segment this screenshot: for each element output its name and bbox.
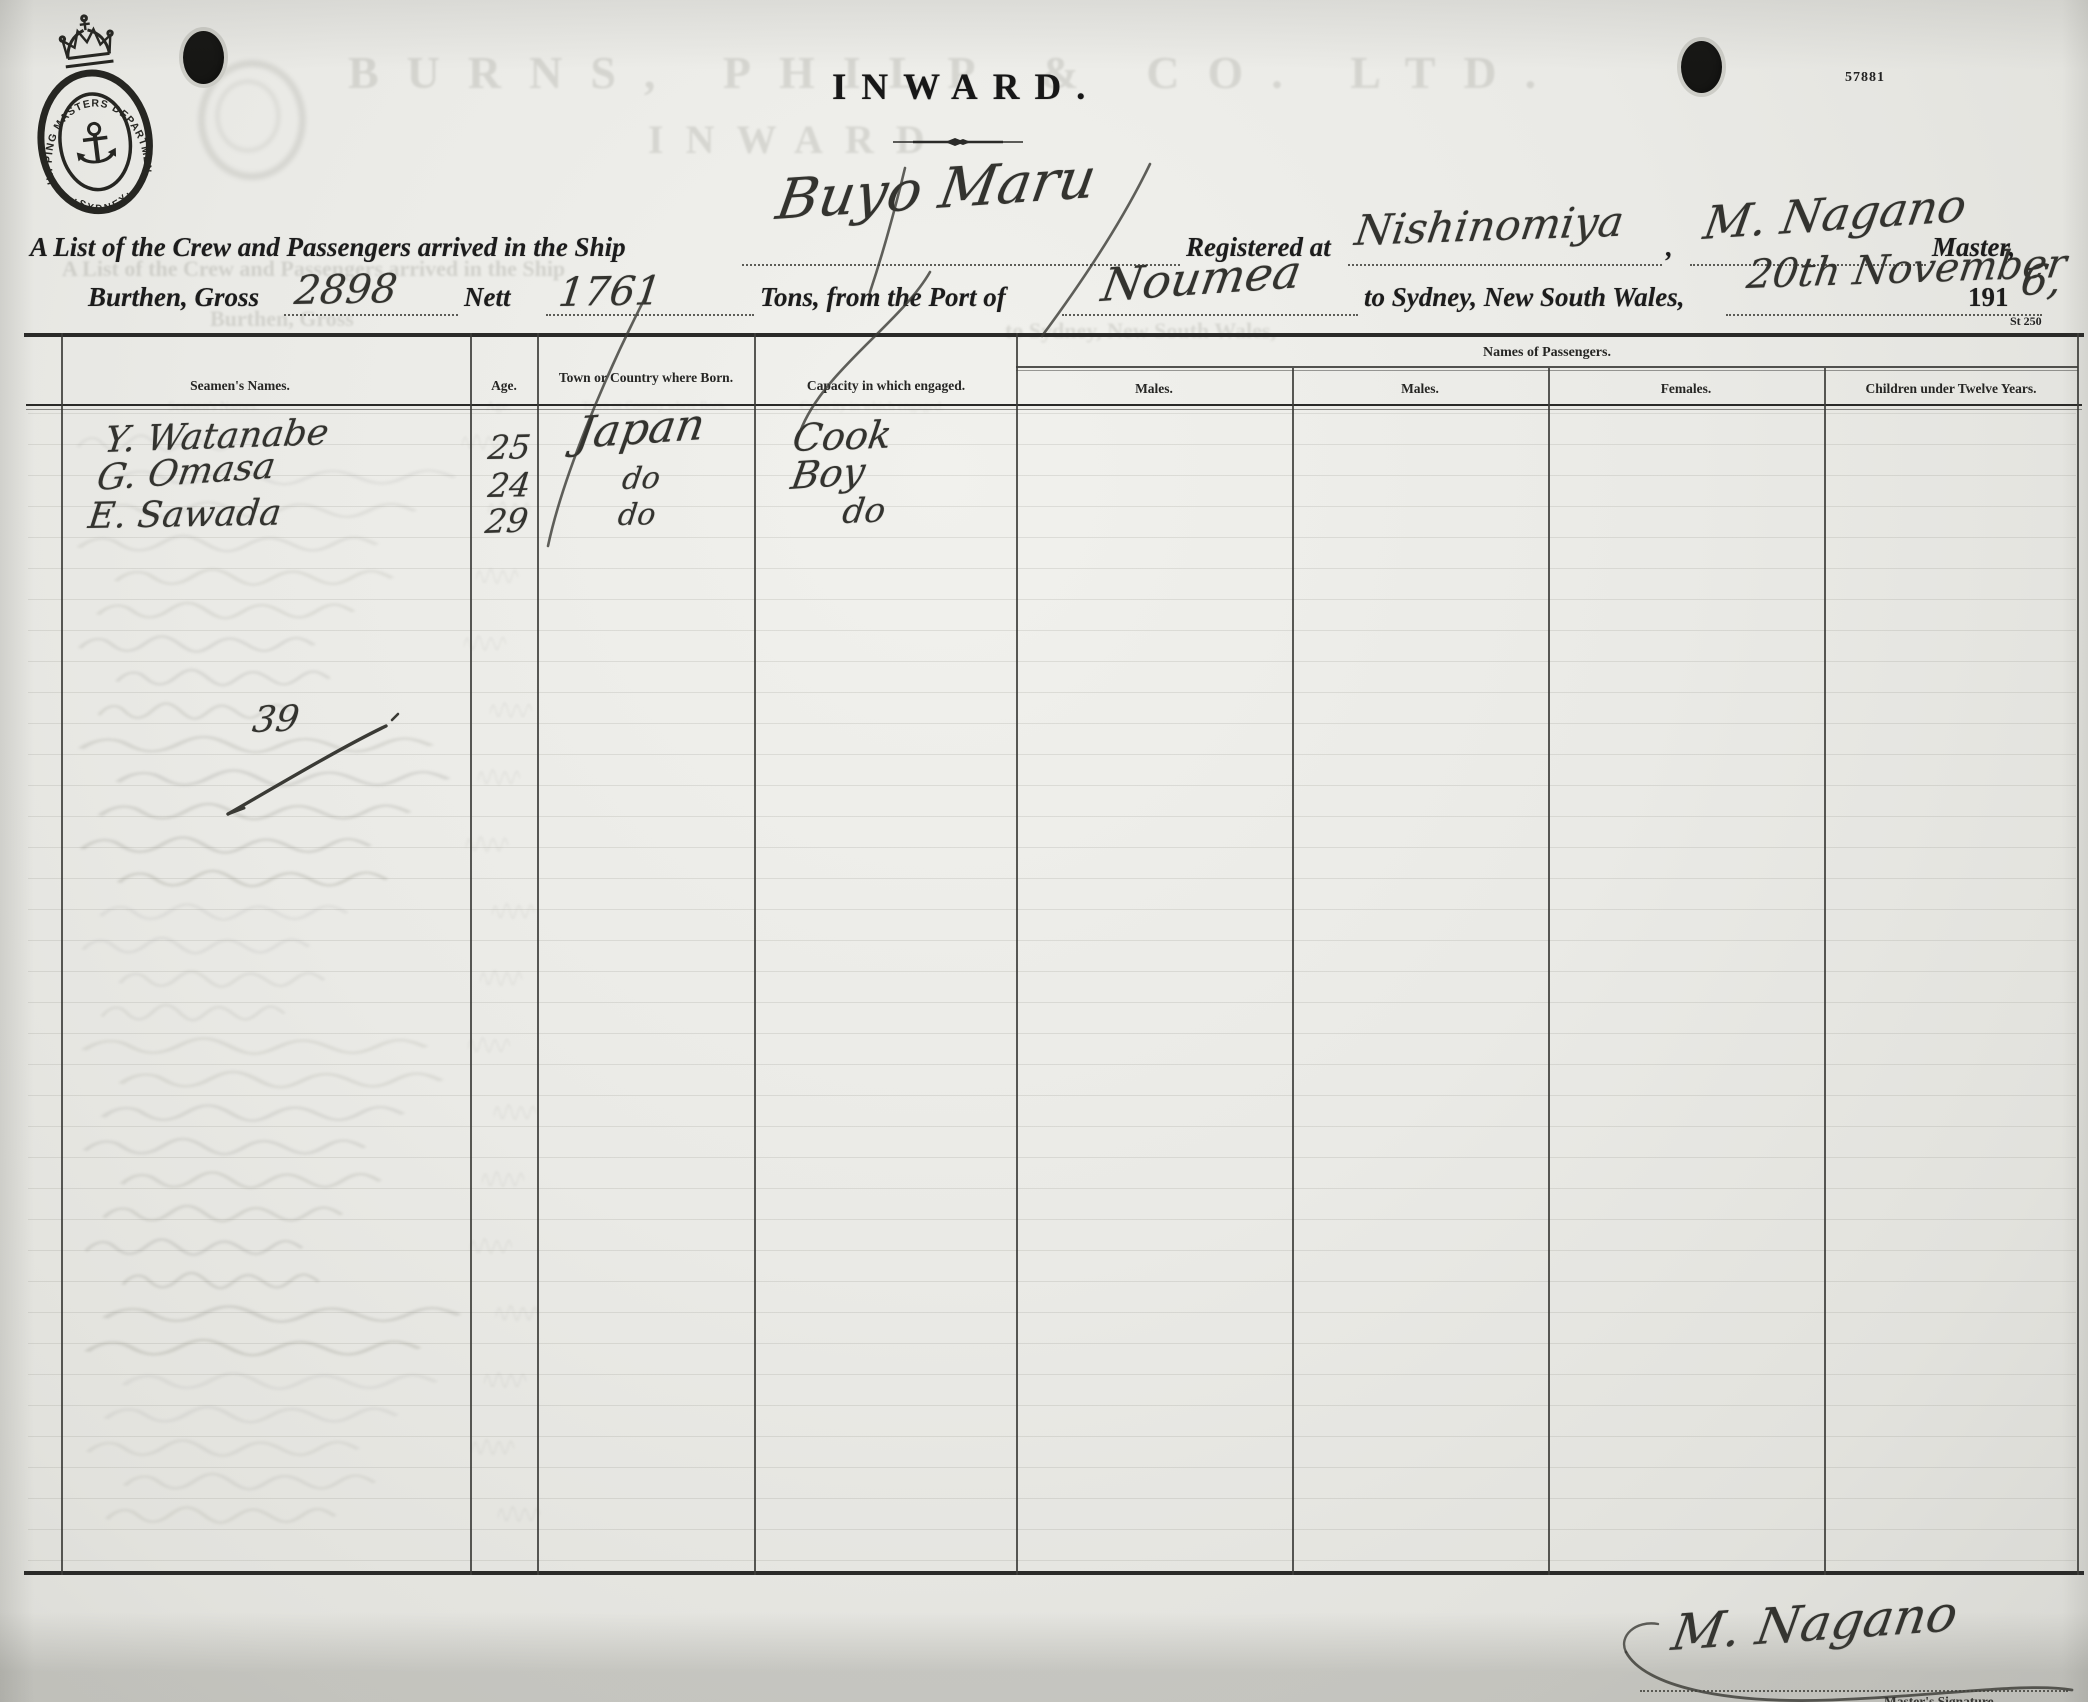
crew-row-1-born: Japan [572, 399, 709, 459]
header-bottom-line-echo [26, 409, 2082, 410]
col-divider-females-children [1824, 368, 1826, 1575]
bleedthrough-stamp-inner [216, 80, 280, 152]
colhead-males-1: Males. [1018, 381, 1290, 398]
col-divider-born-capacity [754, 333, 756, 1575]
crew-row-2-age: 24 [486, 465, 533, 505]
port-origin-line [1062, 314, 1358, 316]
colhead-names-of-passengers: Names of Passengers. [1016, 344, 2078, 362]
burthen-gross-label: Burthen, Gross [88, 282, 259, 313]
colhead-children: Children under Twelve Years. [1826, 381, 2076, 398]
form-imprint: St 250 [2010, 314, 2042, 329]
passenger-header-underline [1016, 366, 2078, 368]
crew-row-2-born: do [620, 461, 662, 497]
col-divider-capacity-passengers [1016, 333, 1018, 1575]
colhead-age: Age. [472, 378, 536, 395]
seal-bottom-text: · S Y D N E Y · [70, 188, 136, 218]
col-divider-males1-males2 [1292, 368, 1294, 1575]
registry-port-line [1348, 264, 1662, 266]
anchor-icon: ⚓ [67, 109, 125, 180]
title-divider-ornament [893, 134, 1023, 150]
col-divider-names-age [470, 333, 472, 1575]
year-digit-handwritten: 6, [2018, 255, 2065, 305]
bleedthrough-colhead-2: Age. [486, 398, 511, 414]
crew-row-3-capacity: do [840, 491, 888, 532]
col-divider-males2-females [1548, 368, 1550, 1575]
bleedthrough-colhead-1: Seamen's Names. [168, 398, 259, 414]
form-number: 57881 [1845, 70, 1885, 86]
col-divider-age-born [537, 333, 539, 1575]
destination-label: to Sydney, New South Wales, [1364, 282, 1685, 313]
crew-count-tick-stroke [210, 712, 410, 827]
port-origin-handwritten: Noumea [1098, 244, 1305, 312]
nett-label: Nett [464, 282, 511, 313]
bleedthrough-destination: to Sydney, New South Wales, [1005, 318, 1276, 344]
year-printed: 191 [1968, 282, 2009, 313]
header-bottom-line [26, 404, 2082, 406]
paper-shading-bottom [0, 1612, 2088, 1702]
crew-row-1-age: 25 [486, 427, 533, 467]
paper-shading-top [0, 0, 2088, 70]
colhead-seamens-names: Seamen's Names. [90, 378, 390, 395]
table-top-border [24, 333, 2084, 337]
paper-shading-left [0, 0, 34, 1702]
crew-row-3-name: E. Sawada [86, 493, 284, 537]
passenger-header-underline-echo [1016, 370, 2078, 371]
nett-tons-handwritten: 1761 [556, 268, 664, 316]
colhead-males-2: Males. [1294, 381, 1546, 398]
gross-tons-handwritten: 2898 [292, 266, 400, 314]
table-bottom-border [24, 1571, 2084, 1575]
colhead-capacity: Capacity in which engaged. [760, 378, 1012, 395]
table-left-border [61, 333, 63, 1575]
page-title: INWARD. [832, 66, 1100, 109]
colhead-town-country: Town or Country where Born. [556, 370, 736, 387]
scanned-document-sheet: BURNS, PHILP & CO. LTD. INWARD A List of… [0, 0, 2088, 1702]
declaration-line1-prefix: A List of the Crew and Passengers arrive… [30, 232, 626, 263]
tons-from-port-label: Tons, from the Port of [760, 282, 1006, 313]
arrival-date-line [1726, 314, 2042, 316]
master-name-handwritten: M. Nagano [1700, 178, 1970, 250]
bleedthrough-ghost-name-rows [60, 425, 620, 1575]
paper-shading-right [2062, 0, 2088, 1702]
crew-row-3-born: do [616, 497, 658, 533]
bleedthrough-colhead-4: Capacity in which engaged. [800, 398, 944, 414]
gross-tons-line [284, 314, 458, 316]
colhead-females: Females. [1550, 381, 1822, 398]
svg-text:· S Y D N E Y ·: · S Y D N E Y · [70, 188, 136, 218]
comma-after-registry: , [1666, 232, 1673, 263]
crew-row-3-age: 29 [483, 501, 531, 541]
registry-port-handwritten: Nishinomiya [1352, 197, 1627, 255]
